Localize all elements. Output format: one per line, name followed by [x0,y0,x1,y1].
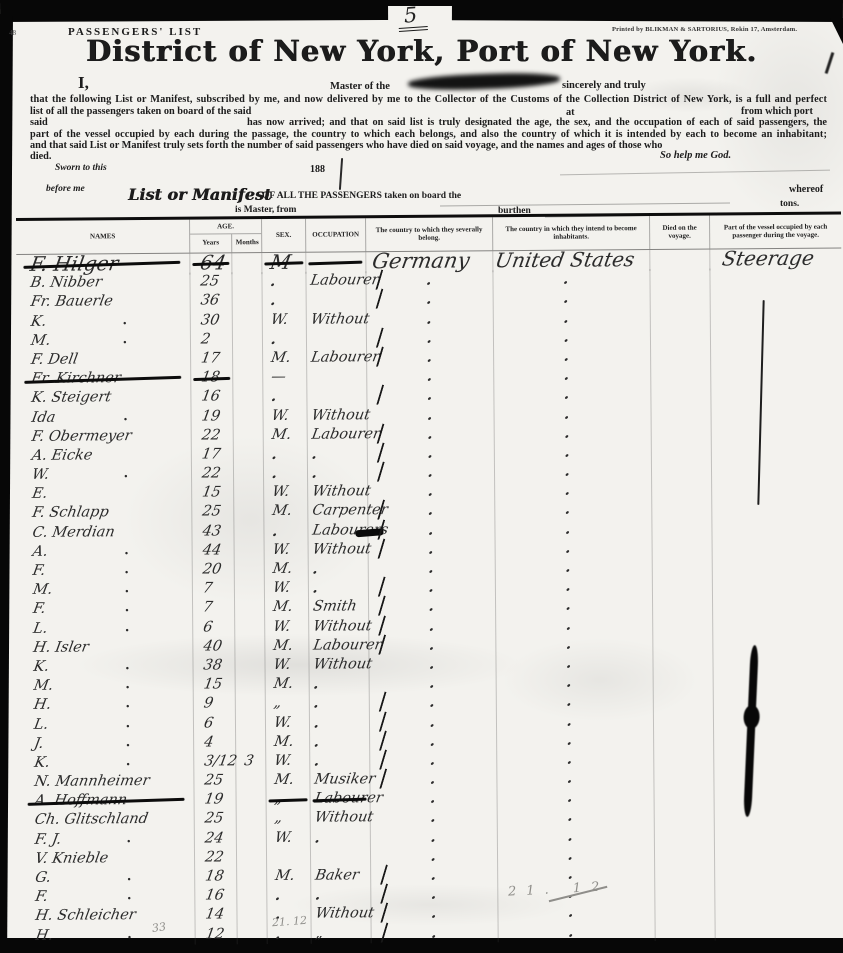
cell-sex: M. [265,636,309,656]
cell-age-months [235,541,265,560]
sex-value: . [270,464,278,483]
sex-value: . [270,387,278,406]
oath-line3-left: list of all the passengers taken on boar… [30,106,251,117]
age-years: 15 [201,484,223,503]
cell-sex: . [267,886,311,906]
country-inhabit-value: . [566,769,574,788]
sex-value: . [270,445,278,464]
passenger-name: F. J. [33,830,63,849]
cell-name: J. [20,733,194,754]
cell-country-belong: . [370,731,497,751]
sex-value: W. [270,406,290,425]
cell-died [652,480,712,500]
sex-value: W. [269,310,289,329]
cell-died [651,326,711,346]
cell-sex: . [264,464,308,484]
cell-name: H. [22,925,196,946]
cell-age-months [236,714,266,733]
cell-died [655,844,715,864]
cell-died [653,557,713,577]
age-years: 40 [202,637,224,656]
passenger-name: H. Schleicher [34,906,137,926]
country-inhabit-value: . [564,577,572,596]
cell-vessel-part [711,306,842,326]
cell-sex: M. [267,867,311,887]
occupation-value: . [311,579,319,598]
cell-name: H. Isler [19,637,193,658]
cell-country-belong: . [370,693,497,713]
cell-vessel-part [712,517,843,537]
cell-name: F. Dell [17,350,191,371]
cell-age-years: 14 [195,906,237,926]
passenger-name: Fr. Bauerle [29,293,114,313]
country-belong-value: . [426,444,434,463]
sex-value: W. [273,752,293,771]
cell-name: N. Mannheimer [20,772,194,793]
cell-country-belong: . [369,654,496,674]
occupation-value: Without [310,406,372,425]
cell-age-months [237,829,267,848]
cell-country-inhabit: . [498,826,655,846]
occupation-value: Without [311,482,373,501]
passenger-name: C. Merdian [31,523,116,543]
cell-occupation: Labourer [306,271,366,291]
cell-sex: — [263,368,307,388]
occupation-value: Smith [311,598,358,617]
cell-age-months [233,368,263,387]
passenger-name: A. Hoffmann [33,791,129,811]
passenger-table: NAMES AGE. Years Months SEX. OCCUPATION … [16,212,843,946]
cell-vessel-part [712,440,843,460]
occupation-value: Without [312,655,374,674]
cell-country-inhabit: . [495,461,652,481]
age-years: 2 [199,330,211,349]
cell-country-inhabit: . [496,653,653,673]
cell-age-months [234,522,264,541]
occupation-value: Without [311,540,373,559]
passenger-name: B. Nibber [29,274,103,294]
age-years: 64 [199,253,228,272]
sex-value: M. [272,637,295,656]
cell-sex: . [263,329,307,349]
cell-country-inhabit: . [496,538,653,558]
oath-line4-said: said [30,117,48,128]
passenger-name: M. [32,677,55,696]
cell-name: F. Schlapp [18,503,192,524]
country-belong-value: . [427,482,435,501]
cell-age-years: 22 [192,464,234,484]
cell-name: F. Obermeyer [18,426,192,447]
ink-smudge [408,71,560,91]
country-inhabit-value: . [565,692,573,711]
sex-value: — [270,368,288,387]
occupation-value: Without [312,617,374,636]
country-inhabit-value: . [566,730,574,749]
country-belong-value: . [428,655,436,674]
country-inhabit-value: . [565,673,573,692]
age-years: 6 [202,618,214,637]
cell-vessel-part [713,613,843,633]
cell-age-years: 7 [193,579,235,599]
country-inhabit-value: . [562,270,570,289]
country-belong-value: . [428,693,436,712]
cell-died [653,652,713,672]
cell-age-years: 30 [191,311,233,331]
cell-country-inhabit: . [499,922,656,942]
cell-country-belong: . [367,290,494,310]
cell-age-months [234,483,264,502]
oath-line3-right: from which port [741,106,813,117]
cell-sex: . [264,521,308,541]
sex-value: M. [271,502,294,521]
sex-value: . [269,291,277,310]
country-belong-value: . [427,520,435,539]
sex-value: M. [271,560,294,579]
so-help-me-god: So help me God. [660,150,731,161]
passenger-name: E. [31,485,49,504]
blank-rule [560,170,830,176]
cell-died [652,518,712,538]
cell-age-months [237,809,267,828]
cell-country-inhabit: . [496,634,653,654]
district-title: District of New York, Port of New York. [0,34,843,68]
passenger-name: K. [29,312,48,331]
country-inhabit-value: . [565,654,573,673]
age-years: 7 [201,599,213,618]
age-years: 43 [201,522,223,541]
cell-vessel-part [713,632,843,652]
cell-sex: W. [267,828,311,848]
cell-sex: W. [264,483,308,503]
country-inhabit-value: . [565,711,573,730]
printer-imprint: Printed by BLIKMAN & SARTORIUS, Rokin 17… [612,26,797,33]
age-years: 22 [200,464,222,483]
cell-vessel-part [714,786,843,806]
passenger-name: F. Dell [30,350,80,369]
cell-sex: W. [265,656,309,676]
cell-age-years: 16 [195,886,237,906]
cell-sex: . [263,387,307,407]
list-or-manifest-label: List or Manifest [128,185,271,204]
cell-country-belong: . [371,865,498,885]
cell-age-years: 3/12 [194,752,236,772]
country-inhabit-value: . [564,558,572,577]
cell-age-months [235,637,265,656]
header-sex: SEX. [262,219,306,252]
age-years: 15 [202,676,224,695]
cell-occupation: Musiker [310,770,370,790]
cell-country-inhabit: . [495,519,652,539]
country-belong-value: . [426,405,434,424]
passenger-name: H. [32,696,52,715]
oath-line6: and that said List or Manifest truly set… [30,140,678,162]
cell-age-years: 43 [192,522,234,542]
cell-vessel-part [712,479,843,499]
age-years: 30 [199,311,221,330]
cell-name: A. [19,541,193,562]
cell-name: K. [17,311,191,332]
cell-died [653,614,713,634]
cell-vessel-part [711,383,842,403]
passenger-table-body: F. Hilger 64 M Germany United States Ste… [16,249,843,946]
cell-age-months [235,579,265,598]
cell-sex: M. [263,349,307,369]
cell-country-inhabit: . [495,442,652,462]
before-me: before me [46,184,85,194]
cell-occupation: . [310,732,370,752]
sex-value: M. [273,771,296,790]
cell-country-belong: . [367,347,494,367]
cell-vessel-part [715,843,843,863]
sex-value: M. [271,598,294,617]
age-years: 17 [200,445,222,464]
cell-age-months [238,925,268,944]
cell-died [653,595,713,615]
cell-died [652,461,712,481]
cell-sex: W. [265,617,309,637]
header-country-inhabit: The country in which they intend to beco… [493,216,650,250]
passenger-name: W. [30,466,50,485]
country-inhabit-value: . [566,826,574,845]
cell-sex [267,848,311,868]
cell-sex: „ [267,790,311,810]
age-years: 22 [203,848,225,867]
cell-country-belong: . [372,923,499,943]
cell-vessel-part [711,364,842,384]
cell-occupation: Without [311,905,371,925]
cell-vessel-part [714,747,843,767]
cell-age-years: 44 [193,541,235,561]
cell-country-inhabit: . [495,423,652,443]
cell-age-months: 3 [236,752,266,771]
blank-rule [440,202,730,206]
header-died: Died on the voyage. [650,216,710,249]
age-years: 25 [203,810,225,829]
cell-sex: M. [265,560,309,580]
cell-name: H. [20,695,194,716]
age-years: 16 [200,388,222,407]
country-inhabit-value: . [563,366,571,385]
sex-value: W. [272,713,292,732]
cell-age-years: 20 [193,560,235,580]
cell-vessel-part [714,671,843,691]
cell-vessel-part [711,402,842,422]
cell-sex: W. [266,752,310,772]
cell-occupation: Labourer [311,789,371,809]
cell-name: F. [19,599,193,620]
passenger-name: Ida [30,408,57,427]
cell-age-years: 16 [191,388,233,408]
cell-vessel-part [716,920,843,940]
cell-country-belong: . [369,558,496,578]
cell-age-years: 6 [193,618,235,638]
country-belong-value: . [426,463,434,482]
cell-age-months [236,694,266,713]
cell-occupation: Labourer [309,636,369,656]
cell-name: H. Schleicher [21,906,195,927]
cell-died [654,672,714,692]
cell-age-years: 15 [192,484,234,504]
age-years: 25 [201,503,223,522]
cell-country-belong: . [370,673,497,693]
cell-name: B. Nibber [16,273,190,294]
cell-died [655,825,715,845]
country-belong-value: . [427,559,435,578]
cell-name: F. [19,561,193,582]
occupation-value: . [312,713,320,732]
country-belong-value: . [430,904,438,923]
cell-vessel-part [714,690,843,710]
passenger-name: F. [31,600,47,619]
cell-age-months [233,407,263,426]
occupation-value: „ [314,924,325,943]
tons-label: tons. [780,199,799,209]
passenger-name: G. [34,869,53,888]
country-inhabit-value: . [566,845,574,864]
cell-country-inhabit: . [496,595,653,615]
age-years: 14 [204,906,226,925]
cell-sex: W. [266,713,310,733]
cell-occupation: Smith [309,598,369,618]
age-years: 20 [201,560,223,579]
header-age: AGE. Years Months [190,219,262,253]
cell-died [650,250,710,271]
cell-name: M. [19,580,193,601]
age-years: 17 [200,349,222,368]
cell-age-months [237,886,267,905]
cell-occupation: . [309,578,369,598]
occupation-value: Without [309,310,371,329]
cell-occupation: Labourer [308,425,368,445]
cell-country-belong: . [368,501,495,521]
cell-country-inhabit: . [496,615,653,635]
cell-country-belong: . [370,788,497,808]
scan-edge-top-left [0,0,388,22]
cell-name: L. [19,618,193,639]
country-belong-value: . [427,578,435,597]
cell-country-inhabit: . [498,902,655,922]
oath-line5: part of the vessel occupied by each duri… [30,129,827,140]
cell-name: F. J. [21,829,195,850]
passenger-name: F. [34,888,50,907]
occupation-value: . [313,751,321,770]
cell-died [650,269,710,289]
passenger-name: K. [32,658,51,677]
age-years: 44 [201,541,223,560]
passenger-name: M. [31,581,54,600]
passenger-name: Fr. Kirchner [30,369,123,389]
oath-i: I, [78,73,89,93]
occupation-value: . [312,675,320,694]
country-belong-value: . [429,847,437,866]
sex-value: M. [273,733,296,752]
cell-died [654,748,714,768]
cell-died [652,422,712,442]
cell-age-months [236,675,266,694]
sex-value: M. [270,426,293,445]
cell-age-years: 22 [195,848,237,868]
cell-country-belong: . [370,750,497,770]
cell-age-years: 25 [192,503,234,523]
header-age-label: AGE. [190,219,261,235]
age-years: 16 [204,887,226,906]
country-belong-value: . [427,597,435,616]
occupation-value: . [311,560,319,579]
cell-name: A. Hoffmann [21,791,195,812]
oath-line4-right: has now arrived; and that on said list i… [247,117,827,128]
cell-country-inhabit: . [494,327,651,347]
cell-vessel-part [711,287,842,307]
cell-age-months [235,598,265,617]
cell-occupation [307,329,367,349]
cell-country-inhabit: . [497,672,654,692]
passenger-name: K. Steigert [30,389,113,409]
passenger-name: A. [31,543,49,562]
header-months: Months [232,234,262,252]
sex-value: . [269,272,277,291]
cell-sex: W. [263,406,307,426]
oath-master-of-the: Master of the [330,81,390,92]
cell-age-years: 18 [195,867,237,887]
cell-age-years: 9 [194,695,236,715]
cell-vessel-part [712,460,843,480]
cell-age-months [233,349,263,368]
cell-age-months [237,848,267,867]
cell-age-months [237,867,267,886]
cell-name: E. [18,484,192,505]
country-belong-value: . [428,674,436,693]
cell-age-years: 19 [191,407,233,427]
cell-occupation: . [309,559,369,579]
country-belong-value: . [425,309,433,328]
cell-age-months [236,771,266,790]
cell-country-belong: . [367,405,494,425]
age-years: 18 [204,867,226,886]
cell-vessel-part [712,498,843,518]
cell-age-years: 64 [190,253,232,274]
sex-value: M. [272,675,295,694]
cell-country-belong: . [366,270,493,290]
cell-sex: M. [264,502,308,522]
country-inhabit-value: . [563,347,571,366]
cell-died [656,921,716,941]
age-years: 6 [202,714,214,733]
sex-value: . [274,886,282,905]
country-belong-value: . [428,712,436,731]
cell-age-months [232,253,262,274]
country-inhabit-value: . [563,443,571,462]
cell-country-belong: . [368,424,495,444]
country-belong-value: . [425,290,433,309]
cell-country-belong: . [370,769,497,789]
country-inhabit-value: . [562,308,570,327]
country-inhabit-value: . [564,538,572,557]
cell-occupation: . [311,828,371,848]
cell-died [652,499,712,519]
occupation-value: . [314,886,322,905]
cell-sex: M. [266,675,310,695]
cell-country-belong: . [368,443,495,463]
cell-died [651,365,711,385]
cell-sex: W. [265,541,309,561]
cell-age-months [233,291,263,310]
age-years: 18 [200,369,222,388]
cell-occupation: Without [309,617,369,637]
country-inhabit-value: . [567,903,575,922]
cell-sex: M. [266,771,310,791]
occupation-value: . [313,828,321,847]
sex-value: W. [271,579,291,598]
